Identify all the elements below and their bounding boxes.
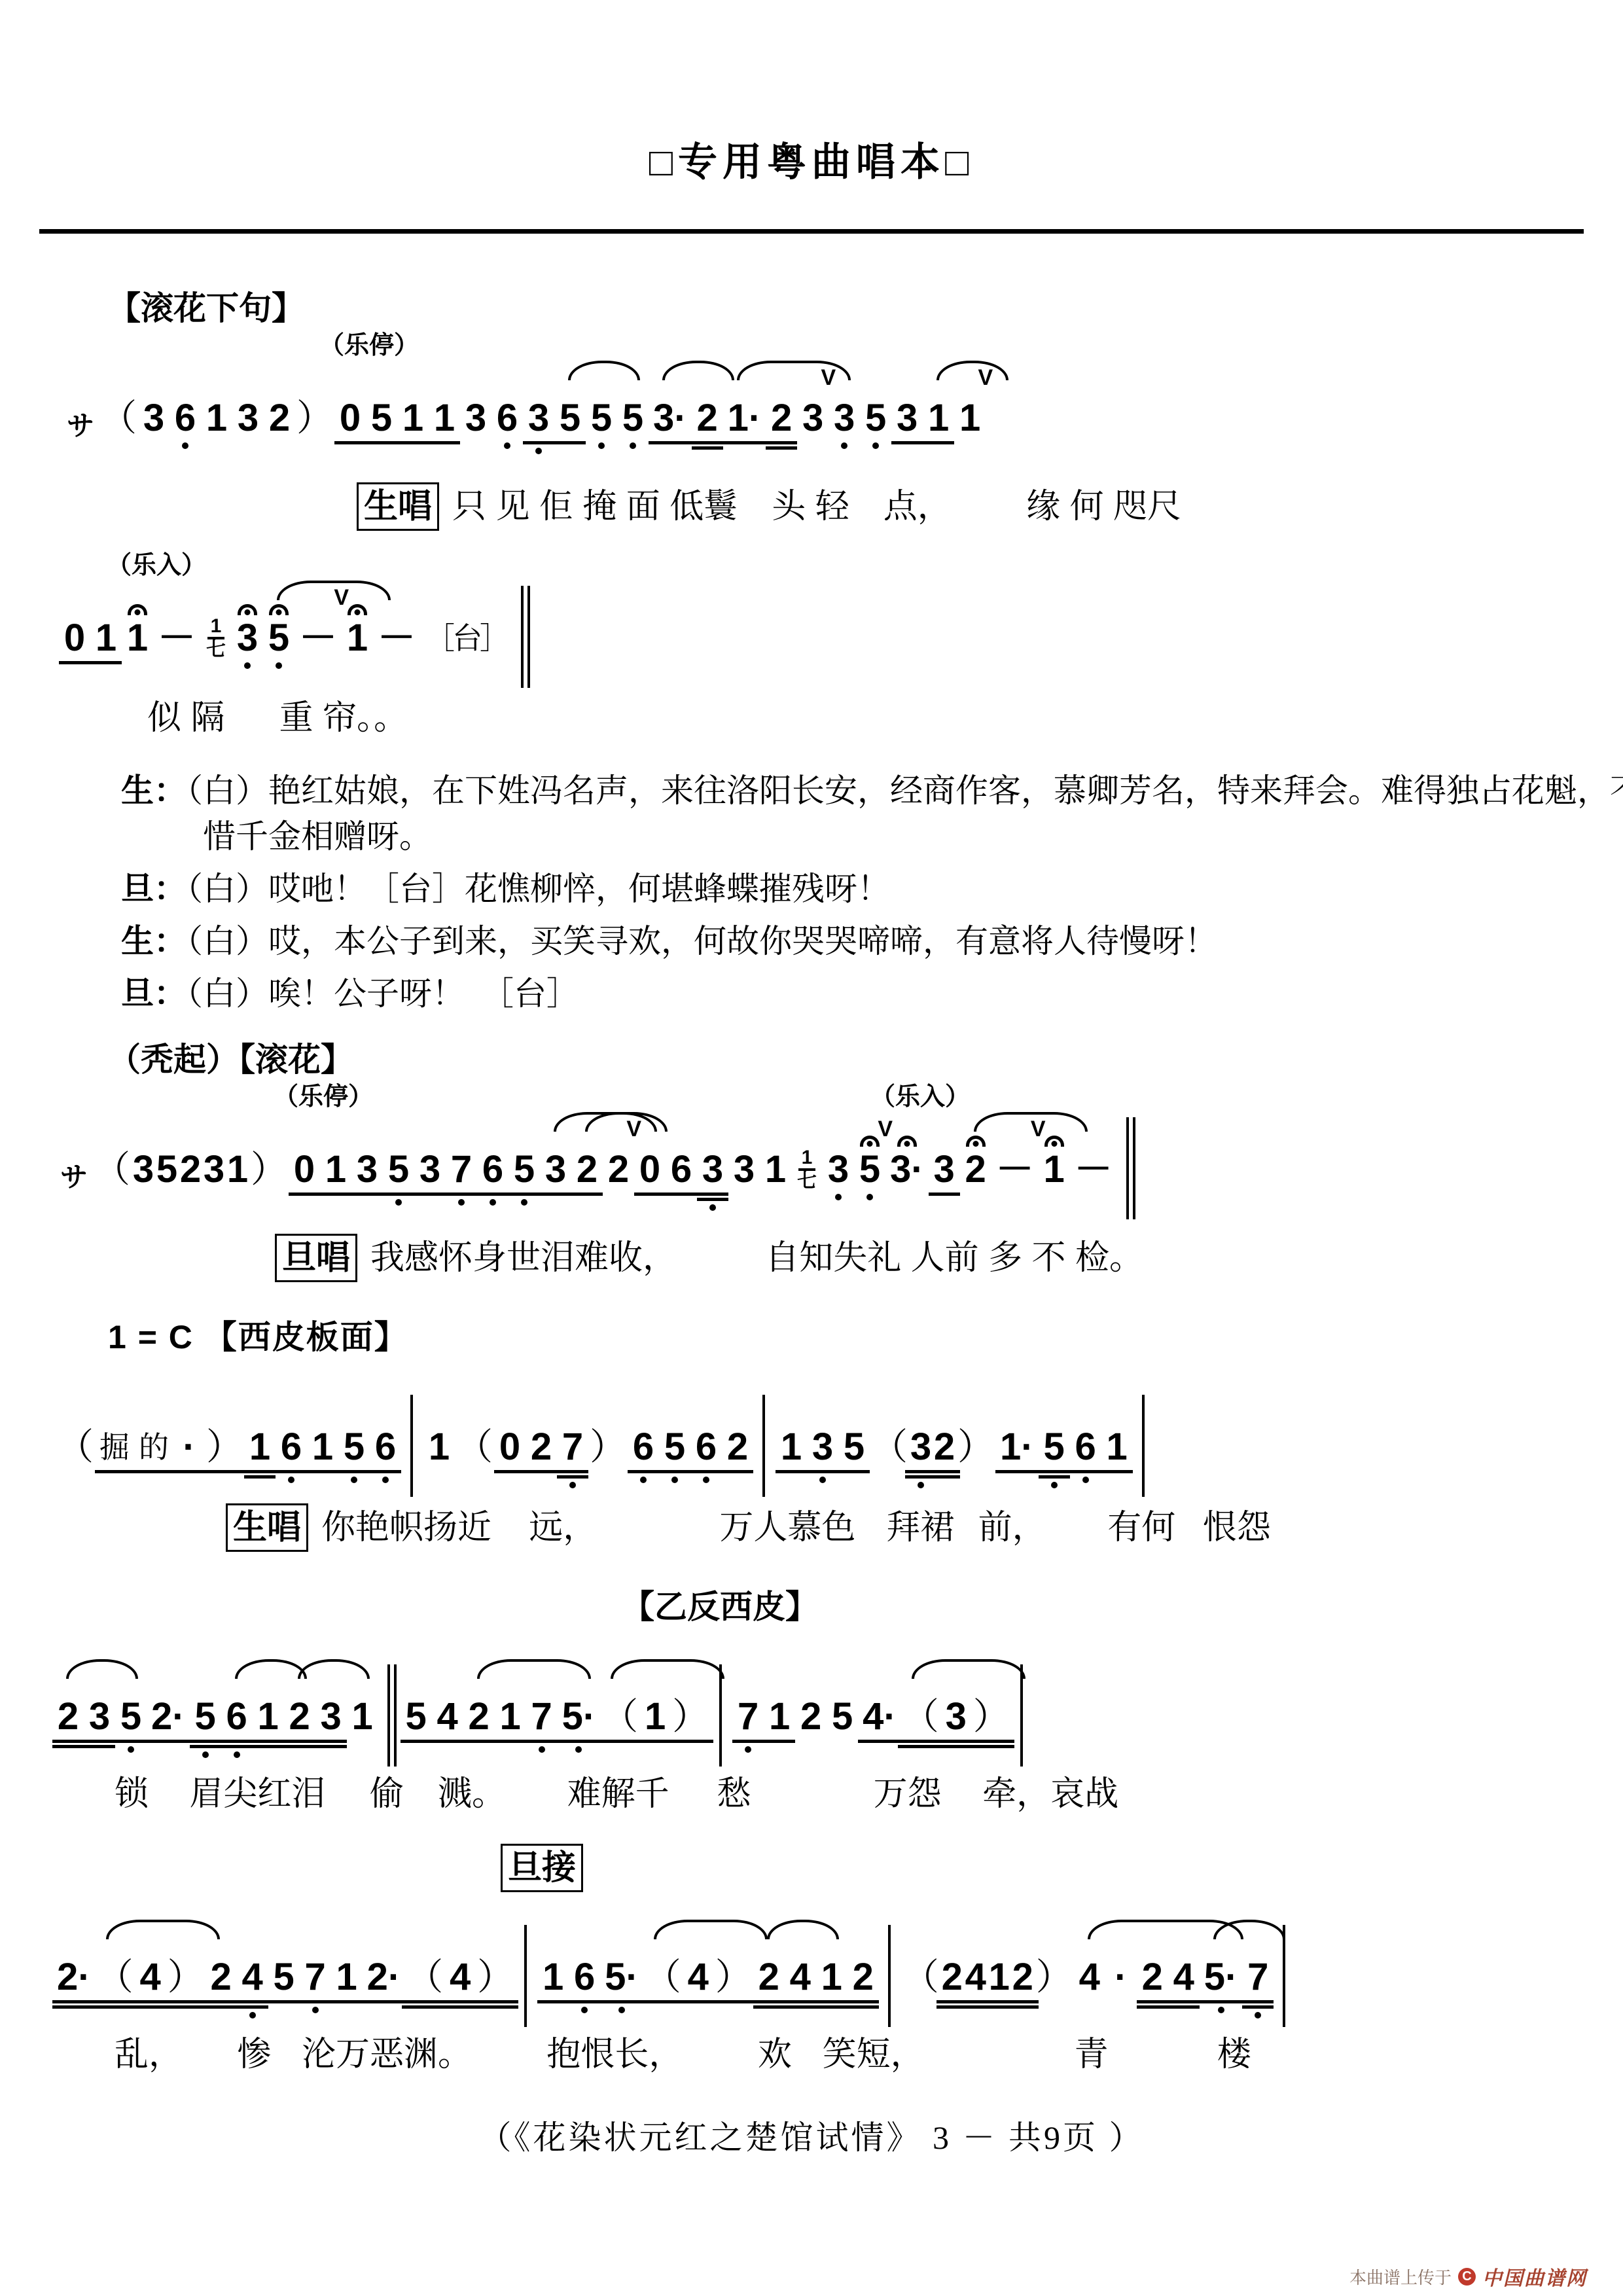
underline-beam <box>205 2005 237 2009</box>
low-octave-dot <box>202 1751 209 1758</box>
note-duration-zone <box>1141 1998 1164 2026</box>
lyrics-line: 旦唱我感怀身世泪难收，自知失礼 人前 多 不 检。 <box>275 1234 1623 1282</box>
note-ornament-zone <box>99 1369 130 1426</box>
note-glyph: 1 <box>959 397 981 439</box>
double-barline <box>518 560 527 687</box>
note-duration-zone <box>1079 1998 1101 2026</box>
music-note: （ <box>57 1369 94 1496</box>
lyrics-line: 生唱你艳帜扬近远，万人慕色拜裙前，有何恨怨 <box>226 1503 1623 1552</box>
note-glyph: （ <box>902 1696 939 1738</box>
lyric-segment: 只 见 佢 掩 面 低鬟 <box>452 486 738 528</box>
low-octave-dot <box>866 1194 873 1200</box>
note-ornament-zone <box>770 340 793 397</box>
music-note: 2 <box>576 1091 598 1218</box>
note-ornament-zone <box>644 1638 666 1696</box>
music-note: 3 <box>527 340 550 467</box>
music-note: （ <box>100 340 137 467</box>
note-ornament-zone <box>120 1638 142 1696</box>
note-duration-zone <box>789 1998 811 2026</box>
note-glyph: 2 <box>1012 1956 1034 1998</box>
note-duration-zone <box>57 1468 94 1496</box>
dialogue-role: 生： <box>121 772 187 809</box>
note-ornament-zone <box>562 1369 584 1426</box>
note-glyph: 4 <box>437 1696 459 1738</box>
note-duration-zone <box>1247 1998 1269 2026</box>
note-ornament-zone <box>902 1638 939 1696</box>
note-glyph: 2 <box>696 397 719 439</box>
underline-beam <box>554 441 586 444</box>
underline-beam <box>785 2005 816 2009</box>
note-glyph: 5 <box>590 397 613 439</box>
note-glyph: 1 <box>257 1696 279 1738</box>
underline-beam <box>307 1470 338 1473</box>
low-octave-dot <box>312 2007 319 2013</box>
underline-beam <box>732 1740 764 1743</box>
note-duration-zone <box>957 1468 994 1496</box>
lyric-segment: 眉尖红泪 <box>189 1773 325 1815</box>
note-ornament-zone <box>768 1638 791 1696</box>
music-note: 1 <box>226 1091 249 1218</box>
note-ornament-zone <box>428 1369 450 1426</box>
note-duration-zone <box>852 1998 874 2026</box>
music-note: 3 <box>356 1091 378 1218</box>
note-ornament-zone <box>1000 1369 1034 1426</box>
note-glyph: 1 <box>433 397 455 439</box>
underline-beam <box>477 1193 508 1196</box>
music-note: 2 <box>852 1899 874 2026</box>
note-glyph: 1 <box>312 1426 334 1468</box>
note-glyph: （ <box>456 1426 493 1468</box>
underline-beam <box>683 2000 714 2003</box>
note-duration-zone <box>406 1998 443 2026</box>
note-ornament-zone <box>456 1369 493 1426</box>
note-duration-zone <box>296 439 333 467</box>
note-ornament-zone <box>542 1899 564 1956</box>
note-ornament-zone <box>653 340 687 397</box>
lyric-segment: 有何 <box>1107 1507 1175 1549</box>
barline-stroke <box>527 586 530 688</box>
underline-beam <box>253 1740 284 1743</box>
music-note: ） <box>477 1899 514 2026</box>
low-octave-dot <box>703 1477 709 1483</box>
note-ornament-zone: V <box>996 1091 1034 1149</box>
note-duration-zone <box>902 1738 939 1765</box>
note-glyph: 6 <box>280 1426 302 1468</box>
note-duration-zone <box>336 1998 358 2026</box>
note-ornament-zone <box>530 1369 552 1426</box>
note-ornament-zone <box>210 1899 232 1956</box>
beat-mark-dot <box>972 1141 978 1147</box>
beat-mark <box>897 1136 917 1147</box>
note-ornament-zone <box>174 340 196 397</box>
dialogue-line: 旦：（白）哎吔！［台］花憔柳悴，何堪蜂蝶摧残呀！ <box>121 866 1623 912</box>
note-ornament-zone <box>241 1899 264 1956</box>
beat-mark-dot <box>904 1141 910 1147</box>
underline-beam <box>1070 1470 1101 1473</box>
note-ornament-zone <box>343 1369 365 1426</box>
music-note: 3 <box>236 560 259 687</box>
note-glyph: 3 <box>827 1149 849 1191</box>
note-ornament-zone <box>965 1899 987 1956</box>
note-glyph: ） <box>168 1956 204 1998</box>
note-glyph: 4 <box>789 1956 811 1998</box>
note-ornament-zone <box>57 1369 94 1426</box>
note-duration-zone <box>226 1191 249 1218</box>
note-glyph: 1 <box>1043 1149 1065 1191</box>
note-duration-zone <box>562 1738 596 1765</box>
underline-beam <box>929 1475 960 1479</box>
music-note: 1 <box>768 1638 791 1765</box>
note-duration-zone <box>530 1468 552 1496</box>
underline-beam <box>315 1745 347 1748</box>
percussion-fraction: 1七 <box>796 1147 818 1192</box>
note-ornament-zone <box>513 1091 535 1149</box>
music-note: V－ <box>996 1091 1034 1218</box>
music-note: 7 <box>531 1638 553 1765</box>
beat-mark <box>269 604 289 615</box>
note-glyph: 6 <box>632 1426 654 1468</box>
fraction-bottom: 七 <box>797 1171 817 1192</box>
note-duration-zone <box>312 1468 334 1496</box>
beat-mark-dot <box>867 1141 873 1147</box>
note-glyph: 掘 <box>99 1426 130 1468</box>
music-note: 5 <box>559 340 581 467</box>
note-duration-zone <box>758 1998 780 2026</box>
note-ornament-zone <box>1043 1369 1065 1426</box>
note-glyph: ） <box>715 1956 752 1998</box>
note-duration-zone <box>821 1998 843 2026</box>
low-octave-dot <box>1082 1477 1089 1483</box>
note-duration-zone <box>859 1191 881 1218</box>
note-ornament-zone <box>449 1899 471 1956</box>
dialogue-tag: （白） <box>187 923 268 960</box>
note-glyph: － <box>996 1149 1034 1191</box>
music-note: 2· <box>151 1638 185 1765</box>
note-ornament-zone <box>852 1899 874 1956</box>
note-ornament-zone <box>726 1369 749 1426</box>
barline-stroke <box>1142 1395 1145 1497</box>
music-note: V2 <box>607 1091 630 1218</box>
music-note: 5 <box>1043 1369 1065 1496</box>
music-note: （乐停）0 <box>339 340 361 467</box>
note-glyph: 1· <box>1000 1426 1034 1468</box>
note-glyph: 3 <box>356 1149 378 1191</box>
music-note: 3 <box>827 1091 849 1218</box>
note-glyph: 3 <box>544 1149 567 1191</box>
note-duration-zone <box>57 1738 79 1765</box>
lyric-segment: 点， <box>883 486 952 528</box>
music-note: 7 <box>737 1638 759 1765</box>
note-duration-zone <box>715 1998 752 2026</box>
underline-beam <box>414 1193 446 1196</box>
music-note: 5 <box>387 1091 410 1218</box>
underline-beam <box>523 441 554 444</box>
lyric-segment: 恨怨 <box>1203 1507 1271 1549</box>
note-duration-zone <box>387 1191 410 1218</box>
note-ornament-zone <box>796 1091 818 1149</box>
score-body: 【滚花下句】サ（36132）（乐停）05113635553·21·2V33531… <box>0 282 1623 2075</box>
beat-mark <box>348 604 367 615</box>
underline-beam <box>898 1745 944 1748</box>
underline-beam <box>135 2000 166 2003</box>
note-glyph: （ <box>871 1426 908 1468</box>
note-glyph: 2 <box>800 1696 822 1738</box>
low-octave-dot <box>598 442 605 449</box>
music-note: 4 <box>449 1899 471 2026</box>
underline-beam <box>473 2000 518 2003</box>
barline <box>717 1638 726 1765</box>
lyric-segment: 难解千 <box>567 1773 669 1815</box>
low-octave-dot <box>182 442 188 449</box>
note-duration-zone <box>428 1468 450 1496</box>
lyric-segment: 似 隔 <box>147 697 224 739</box>
note-ornament-zone <box>737 1638 759 1696</box>
music-note: 3 <box>733 1091 755 1218</box>
note-glyph: ） <box>973 1696 1010 1738</box>
note-glyph: 7 <box>562 1426 584 1468</box>
note-glyph: 0 <box>499 1426 521 1468</box>
note-duration-zone <box>236 659 259 687</box>
note-ornament-zone <box>465 340 487 397</box>
dialogue-line: 生：（白）哎，本公子到来，买笑寻欢，何故你哭哭啼啼，有意将人待慢呀！ <box>121 918 1623 964</box>
music-note: 2 <box>758 1899 780 2026</box>
note-ornament-zone <box>988 1899 1010 1956</box>
underline-beam <box>690 1470 722 1473</box>
underline-beam <box>90 661 122 664</box>
music-note: 6 <box>174 340 196 467</box>
note-glyph: 4 <box>449 1956 471 1998</box>
underline-beam <box>268 2000 300 2003</box>
note-ornament-zone <box>482 1091 504 1149</box>
low-octave-dot <box>128 1746 134 1753</box>
note-glyph: 5· <box>562 1696 596 1738</box>
note-ornament-zone <box>203 1091 225 1149</box>
beat-mark-dot <box>1051 1141 1057 1147</box>
note-glyph: 4 <box>687 1956 709 1998</box>
note-ornament-zone <box>670 1091 692 1149</box>
barline-stroke <box>1283 1925 1285 2027</box>
note-glyph: 5· <box>1204 1956 1238 1998</box>
music-note: 1 <box>249 1369 271 1496</box>
underline-beam <box>473 2005 518 2009</box>
note-glyph: 5 <box>859 1149 881 1191</box>
low-octave-dot <box>569 1482 576 1488</box>
site-logo-icon: C <box>1458 2268 1476 2286</box>
note-duration-zone <box>132 1191 154 1218</box>
note-ornament-zone <box>672 1638 709 1696</box>
note-ornament-zone <box>425 560 507 617</box>
beat-mark <box>860 1136 880 1147</box>
underline-beam <box>940 1745 972 1748</box>
note-duration-zone <box>339 439 361 467</box>
note-ornament-zone <box>88 1638 111 1696</box>
beat-mark-dot <box>276 609 282 615</box>
music-note: 6 <box>374 1369 397 1496</box>
underline-beam <box>526 1740 558 1743</box>
note-ornament-zone <box>496 340 518 397</box>
music-note: 1 <box>257 1638 279 1765</box>
music-note: 5 <box>664 1369 686 1496</box>
note-duration-zone <box>273 1998 295 2026</box>
music-note: （乐停）0 <box>293 1091 315 1218</box>
note-ornament-zone <box>590 340 613 397</box>
underline-beam <box>628 1470 659 1473</box>
note-duration-zone <box>973 1738 1010 1765</box>
underline-beam <box>221 1745 253 1748</box>
underline-beam <box>135 2005 166 2009</box>
music-note: 0 <box>499 1369 521 1496</box>
music-note: 3 <box>544 1091 567 1218</box>
note-glyph: ） <box>206 1426 243 1468</box>
note-ornament-zone <box>696 340 719 397</box>
note-glyph: 5 <box>1043 1426 1065 1468</box>
note-duration-zone <box>871 1468 908 1496</box>
note-glyph: ） <box>590 1426 626 1468</box>
music-note: 1 <box>205 340 228 467</box>
note-glyph: 7 <box>1247 1956 1269 1998</box>
music-note: （ <box>97 1899 134 2026</box>
note-ornament-zone <box>237 340 259 397</box>
music-note: 0 <box>63 560 86 687</box>
underline-beam <box>785 2000 816 2003</box>
note-glyph: 5 <box>370 397 393 439</box>
note-ornament-zone <box>865 340 887 397</box>
note-ornament-zone <box>257 1638 279 1696</box>
music-note: 3 <box>132 1091 154 1218</box>
lyric-segment: 沦万恶渊。 <box>302 2034 472 2075</box>
music-note: 3 <box>945 1638 967 1765</box>
music-note: 6 <box>482 1091 504 1218</box>
note-ornament-zone <box>715 1899 752 1956</box>
note-ornament-zone <box>733 1091 755 1149</box>
music-line: 2·（4）245712·（4）165·（4）2412（2412）4·245·7 <box>52 1899 1623 2026</box>
note-glyph: 5 <box>622 397 644 439</box>
underline-beam <box>444 2005 476 2009</box>
note-ornament-zone <box>910 1369 932 1426</box>
underline-beam <box>639 1740 671 1743</box>
lyric-segment: 缘 何 咫尺 <box>1026 486 1181 528</box>
music-note: ［台］ <box>425 560 507 687</box>
note-glyph: 0 <box>639 1149 661 1191</box>
note-glyph: 2 <box>268 397 291 439</box>
music-note: ） <box>715 1899 752 2026</box>
note-glyph: 2 <box>726 1426 749 1468</box>
underline-beam <box>526 1470 557 1473</box>
beat-mark <box>1044 1136 1064 1147</box>
note-ornament-zone <box>156 1091 178 1149</box>
note-duration-zone <box>293 1191 315 1218</box>
note-ornament-zone <box>226 1638 248 1696</box>
note-ornament-zone: （乐入） <box>890 1091 924 1149</box>
note-ornament-zone <box>933 1369 955 1426</box>
underline-beam <box>540 1193 571 1196</box>
note-glyph: 3 <box>143 397 165 439</box>
underline-beam <box>697 1198 728 1201</box>
low-octave-dot <box>1051 1482 1058 1488</box>
note-ornament-zone <box>374 1369 397 1426</box>
note-ornament-zone <box>387 1091 410 1149</box>
note-duration-zone <box>702 1191 724 1218</box>
underline-beam <box>847 2000 879 2003</box>
note-glyph: ） <box>477 1956 514 1998</box>
note-glyph: ） <box>957 1426 994 1468</box>
underline-beam <box>300 2000 331 2003</box>
note-glyph: 0 <box>63 617 86 659</box>
underline-beam <box>940 1740 972 1743</box>
underline-beam <box>557 1470 588 1473</box>
music-note: 3 <box>88 1638 111 1765</box>
music-line: サ（36132）（乐停）05113635553·21·2V33531V1 <box>62 340 1623 475</box>
underline-beam <box>722 1470 753 1473</box>
note-glyph: 3 <box>802 397 824 439</box>
note-ornament-zone <box>789 1899 811 1956</box>
note-duration-zone <box>174 439 196 467</box>
music-note: 5 <box>622 340 644 467</box>
underline-beam <box>163 2000 209 2003</box>
underline-beam <box>508 1193 540 1196</box>
music-note: 1· <box>1000 1369 1034 1496</box>
beat-mark-dot <box>245 609 251 615</box>
note-glyph: 6 <box>174 397 196 439</box>
note-glyph: 7 <box>531 1696 553 1738</box>
underline-beam <box>923 441 954 444</box>
note-duration-zone <box>237 439 259 467</box>
note-duration-zone <box>670 1191 692 1218</box>
note-ornament-zone <box>562 1638 596 1696</box>
low-octave-dot <box>535 448 542 454</box>
underline-beam <box>52 2000 96 2003</box>
music-note: （乐入）1 <box>126 560 149 687</box>
note-glyph: 2 <box>289 1696 311 1738</box>
beat-mark <box>966 1136 986 1147</box>
note-glyph: 3 <box>236 617 259 659</box>
underline-beam <box>1168 2005 1200 2009</box>
note-glyph: 4 <box>241 1956 264 1998</box>
note-ornament-zone <box>957 1369 994 1426</box>
low-octave-dot <box>521 1199 527 1206</box>
note-duration-zone <box>151 1738 185 1765</box>
note-ornament-zone <box>194 1638 217 1696</box>
note-duration-zone <box>664 1468 686 1496</box>
underline-beam <box>929 1470 960 1473</box>
note-glyph: ） <box>296 397 333 439</box>
note-ornament-zone <box>687 1899 709 1956</box>
note-ornament-zone <box>559 340 581 397</box>
note-duration-zone <box>346 659 368 687</box>
note-ornament-zone <box>843 1369 865 1426</box>
music-note: 3 <box>465 340 487 467</box>
dialogue-line: 旦：（白）唉！公子呀！ ［台］ <box>121 971 1623 1016</box>
note-glyph: · <box>1110 1956 1132 1998</box>
underline-beam <box>59 661 90 664</box>
note-duration-zone <box>304 1998 327 2026</box>
note-glyph: 2 <box>1141 1956 1164 1998</box>
note-glyph: 5 <box>120 1696 142 1738</box>
key-signature-label: 1 = C 【西皮板面】 <box>108 1311 1623 1358</box>
low-octave-dot <box>382 1477 389 1483</box>
note-glyph: 3 <box>733 1149 755 1191</box>
music-note: 5 <box>831 1638 853 1765</box>
note-ornament-zone <box>1110 1899 1132 1956</box>
beat-mark <box>128 604 147 615</box>
note-ornament-zone: V <box>299 560 337 617</box>
note-duration-zone <box>156 1191 178 1218</box>
note-duration-zone <box>780 1468 802 1496</box>
note-ornament-zone <box>168 1899 204 1956</box>
music-note: 1 <box>325 1091 347 1218</box>
music-note: 3 <box>143 340 165 467</box>
singer-box: 生唱 <box>226 1503 308 1552</box>
